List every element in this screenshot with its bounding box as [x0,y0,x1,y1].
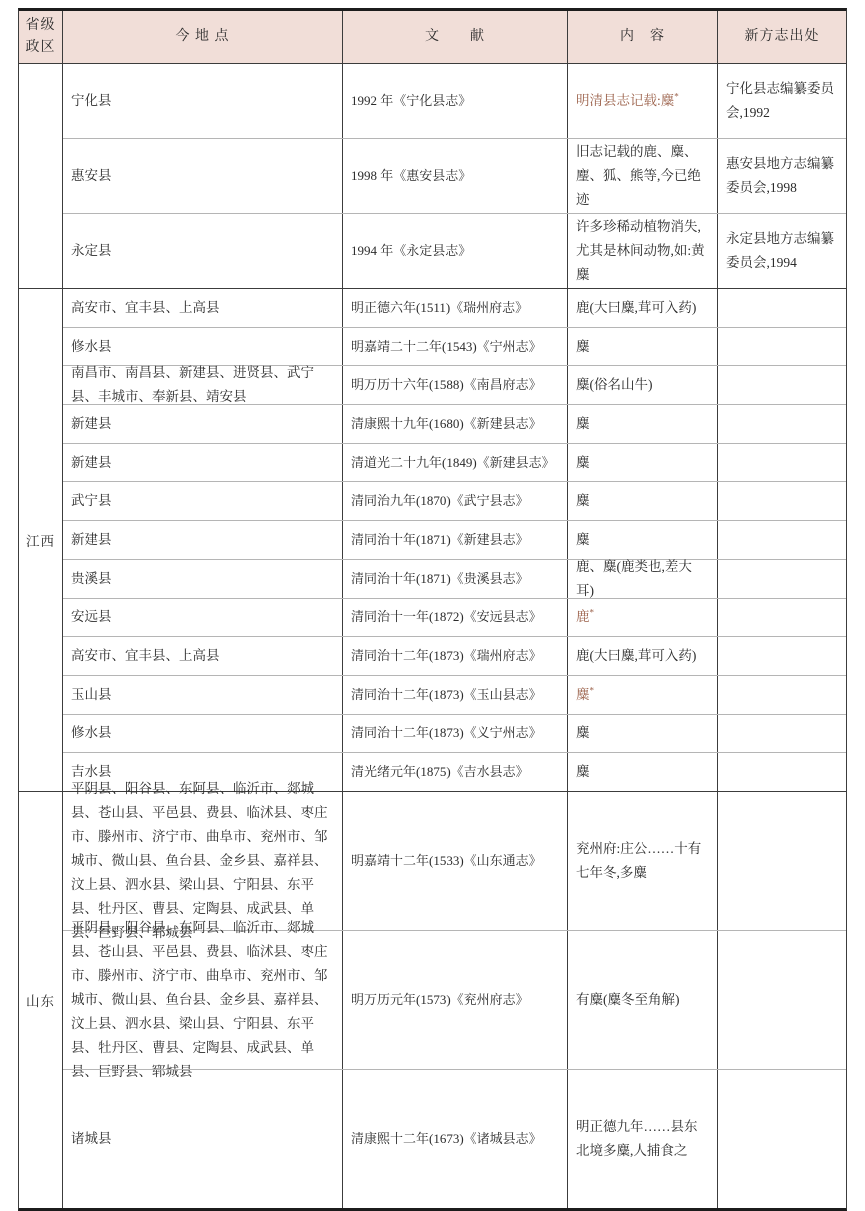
table-row: 玉山县 清同治十二年(1873)《玉山县志》 麋* [63,675,846,714]
source-cell: 明万历十六年(1588)《南昌府志》 [343,366,568,404]
content-text: 有麋(麋冬至角解) [576,988,680,1012]
table-row: 武宁县 清同治九年(1870)《武宁县志》 麋 [63,481,846,520]
source-text: 1998 年《惠安县志》 [351,164,471,188]
table-row: 新建县 清同治十年(1871)《新建县志》 麋 [63,520,846,559]
content-text: 麋(俗名山牛) [576,373,653,397]
content-cell: 鹿* [568,599,718,637]
location-cell: 安远县 [63,599,343,637]
content-cell: 麋(俗名山牛) [568,366,718,404]
table-row: 修水县 明嘉靖二十二年(1543)《宁州志》 麋 [63,327,846,366]
citation-cell [718,289,846,327]
content-cell: 麋 [568,521,718,559]
header-location: 今 地 点 [63,11,343,63]
citation-cell [718,328,846,366]
location-cell: 高安市、宜丰县、上高县 [63,289,343,327]
source-text: 清光绪元年(1875)《吉水县志》 [351,760,529,784]
content-cell: 明清县志记载:麋* [568,64,718,138]
citation-cell [718,1070,846,1208]
source-text: 清道光二十九年(1849)《新建县志》 [351,451,555,475]
table-row: 南昌市、南昌县、新建县、进贤县、武宁县、丰城市、奉新县、靖安县 明万历十六年(1… [63,365,846,404]
content-text: 麋* [576,683,594,707]
content-text: 麋 [576,412,590,436]
content-text: 麋 [576,721,590,745]
location-text: 高安市、宜丰县、上高县 [71,296,220,320]
content-text: 麋 [576,528,590,552]
source-text: 1992 年《宁化县志》 [351,89,471,113]
location-cell: 修水县 [63,328,343,366]
location-cell: 新建县 [63,405,343,443]
location-text: 南昌市、南昌县、新建县、进贤县、武宁县、丰城市、奉新县、靖安县 [71,361,334,409]
location-cell: 武宁县 [63,482,343,520]
citation-cell [718,444,846,482]
table-row: 平阴县、阳谷县、东阿县、临沂市、郯城县、苍山县、平邑县、费县、临沭县、枣庄市、滕… [63,930,846,1069]
content-text: 麋 [576,489,590,513]
source-cell: 清同治十二年(1873)《玉山县志》 [343,676,568,714]
content-text: 麋 [576,760,590,784]
header-province: 省级政区 [19,11,63,63]
location-cell: 贵溪县 [63,560,343,598]
source-text: 明嘉靖二十二年(1543)《宁州志》 [351,335,542,359]
province-section: 江西 高安市、宜丰县、上高县 明正德六年(1511)《瑞州府志》 鹿(大曰麋,茸… [19,288,846,791]
source-cell: 清同治十二年(1873)《瑞州府志》 [343,637,568,675]
source-text: 清同治九年(1870)《武宁县志》 [351,489,529,513]
location-text: 新建县 [71,528,112,552]
content-cell: 有麋(麋冬至角解) [568,931,718,1069]
content-cell: 鹿(大曰麋,茸可入药) [568,289,718,327]
source-text: 清同治十年(1871)《贵溪县志》 [351,567,529,591]
source-text: 清同治十二年(1873)《玉山县志》 [351,683,542,707]
section-rows: 宁化县 1992 年《宁化县志》 明清县志记载:麋* 宁化县志编纂委员会,199… [63,64,846,288]
location-cell: 诸城县 [63,1070,343,1208]
location-cell: 玉山县 [63,676,343,714]
content-text: 鹿(大曰麋,茸可入药) [576,644,696,668]
table-row: 贵溪县 清同治十年(1871)《贵溪县志》 鹿、麋(鹿类也,差大耳) [63,559,846,598]
citation-cell [718,931,846,1069]
citation-text: 宁化县志编纂委员会,1992 [726,77,838,125]
content-text: 旧志记载的鹿、麋、麈、狐、熊等,今已绝迹 [576,140,709,212]
content-cell: 麋 [568,715,718,753]
location-text: 惠安县 [71,164,112,188]
source-cell: 清康熙十二年(1673)《诸城县志》 [343,1070,568,1208]
source-text: 1994 年《永定县志》 [351,239,471,263]
header-source: 文 献 [343,11,568,63]
province-section: 山东 平阴县、阳谷县、东阿县、临沂市、郯城县、苍山县、平邑县、费县、临沭县、枣庄… [19,791,846,1208]
location-cell: 惠安县 [63,139,343,213]
source-cell: 1994 年《永定县志》 [343,214,568,288]
source-cell: 明正德六年(1511)《瑞州府志》 [343,289,568,327]
location-text: 诸城县 [71,1127,112,1151]
location-cell: 宁化县 [63,64,343,138]
citation-cell: 永定县地方志编纂委员会,1994 [718,214,846,288]
content-cell: 鹿(大曰麋,茸可入药) [568,637,718,675]
source-cell: 明嘉靖十二年(1533)《山东通志》 [343,792,568,930]
source-cell: 明万历元年(1573)《兖州府志》 [343,931,568,1069]
header-content: 内 容 [568,11,718,63]
content-text: 麋 [576,335,590,359]
location-text: 修水县 [71,335,112,359]
province-label: 山东 [26,990,55,1010]
table-row: 高安市、宜丰县、上高县 明正德六年(1511)《瑞州府志》 鹿(大曰麋,茸可入药… [63,289,846,327]
location-text: 高安市、宜丰县、上高县 [71,644,220,668]
source-cell: 清同治十一年(1872)《安远县志》 [343,599,568,637]
province-cell: 山东 [19,792,63,1208]
content-text: 鹿(大曰麋,茸可入药) [576,296,696,320]
source-cell: 1998 年《惠安县志》 [343,139,568,213]
citation-cell [718,715,846,753]
location-text: 新建县 [71,451,112,475]
source-text: 明万历十六年(1588)《南昌府志》 [351,373,542,397]
citation-text: 惠安县地方志编纂委员会,1998 [726,152,838,200]
table-row: 惠安县 1998 年《惠安县志》 旧志记载的鹿、麋、麈、狐、熊等,今已绝迹 惠安… [63,138,846,213]
citation-cell [718,482,846,520]
citation-cell [718,637,846,675]
location-text: 永定县 [71,239,112,263]
content-cell: 麋 [568,753,718,791]
location-text: 贵溪县 [71,567,112,591]
table-row: 修水县 清同治十二年(1873)《义宁州志》 麋 [63,714,846,753]
table-row: 诸城县 清康熙十二年(1673)《诸城县志》 明正德九年……县东北境多麋,人捕食… [63,1069,846,1208]
source-text: 清同治十二年(1873)《瑞州府志》 [351,644,542,668]
section-rows: 平阴县、阳谷县、东阿县、临沂市、郯城县、苍山县、平邑县、费县、临沭县、枣庄市、滕… [63,792,846,1208]
content-cell: 麋 [568,328,718,366]
source-text: 清康熙十二年(1673)《诸城县志》 [351,1127,542,1151]
citation-cell: 惠安县地方志编纂委员会,1998 [718,139,846,213]
content-text: 兖州府:庄公……十有七年冬,多麋 [576,837,709,885]
citation-cell [718,599,846,637]
table-row: 安远县 清同治十一年(1872)《安远县志》 鹿* [63,598,846,637]
source-text: 明正德六年(1511)《瑞州府志》 [351,296,528,320]
content-cell: 许多珍稀动植物消失,尤其是林间动物,如:黄麋 [568,214,718,288]
source-cell: 清康熙十九年(1680)《新建县志》 [343,405,568,443]
table-row: 宁化县 1992 年《宁化县志》 明清县志记载:麋* 宁化县志编纂委员会,199… [63,64,846,138]
location-text: 安远县 [71,605,112,629]
citation-cell [718,405,846,443]
citation-cell [718,366,846,404]
location-text: 宁化县 [71,89,112,113]
citation-text: 永定县地方志编纂委员会,1994 [726,227,838,275]
province-label: 江西 [26,530,55,550]
content-text: 明清县志记载:麋* [576,89,679,113]
table-row: 新建县 清康熙十九年(1680)《新建县志》 麋 [63,404,846,443]
source-text: 明嘉靖十二年(1533)《山东通志》 [351,849,542,873]
province-cell [19,64,63,288]
content-cell: 麋 [568,482,718,520]
location-cell: 新建县 [63,521,343,559]
source-cell: 清道光二十九年(1849)《新建县志》 [343,444,568,482]
source-cell: 清同治十二年(1873)《义宁州志》 [343,715,568,753]
content-cell: 鹿、麋(鹿类也,差大耳) [568,560,718,598]
location-cell: 南昌市、南昌县、新建县、进贤县、武宁县、丰城市、奉新县、靖安县 [63,366,343,404]
source-cell: 清同治十年(1871)《新建县志》 [343,521,568,559]
citation-cell [718,676,846,714]
table-row: 永定县 1994 年《永定县志》 许多珍稀动植物消失,尤其是林间动物,如:黄麋 … [63,213,846,288]
content-text: 麋 [576,451,590,475]
citation-cell [718,521,846,559]
content-cell: 明正德九年……县东北境多麋,人捕食之 [568,1070,718,1208]
content-text: 鹿、麋(鹿类也,差大耳) [576,555,709,603]
citation-cell [718,753,846,791]
gazetteer-records-table: 省级政区 今 地 点 文 献 内 容 新方志出处 宁化县 1992 年《宁化县志… [18,8,847,1211]
source-cell: 清同治九年(1870)《武宁县志》 [343,482,568,520]
footnote-marker: * [674,92,679,102]
table-header-row: 省级政区 今 地 点 文 献 内 容 新方志出处 [19,11,846,64]
source-cell: 清同治十年(1871)《贵溪县志》 [343,560,568,598]
content-cell: 兖州府:庄公……十有七年冬,多麋 [568,792,718,930]
header-citation: 新方志出处 [718,11,846,63]
section-rows: 高安市、宜丰县、上高县 明正德六年(1511)《瑞州府志》 鹿(大曰麋,茸可入药… [63,289,846,791]
table-row: 新建县 清道光二十九年(1849)《新建县志》 麋 [63,443,846,482]
location-cell: 高安市、宜丰县、上高县 [63,637,343,675]
location-cell: 平阴县、阳谷县、东阿县、临沂市、郯城县、苍山县、平邑县、费县、临沭县、枣庄市、滕… [63,931,343,1069]
citation-cell: 宁化县志编纂委员会,1992 [718,64,846,138]
province-cell: 江西 [19,289,63,791]
footnote-marker: * [590,685,595,695]
content-cell: 旧志记载的鹿、麋、麈、狐、熊等,今已绝迹 [568,139,718,213]
location-text: 修水县 [71,721,112,745]
table-row: 平阴县、阳谷县、东阿县、临沂市、郯城县、苍山县、平邑县、费县、临沭县、枣庄市、滕… [63,792,846,930]
location-cell: 永定县 [63,214,343,288]
source-text: 清同治十年(1871)《新建县志》 [351,528,529,552]
content-text: 鹿* [576,605,594,629]
source-text: 清同治十二年(1873)《义宁州志》 [351,721,542,745]
content-cell: 麋* [568,676,718,714]
footnote-marker: * [590,608,595,618]
location-cell: 修水县 [63,715,343,753]
location-cell: 新建县 [63,444,343,482]
province-section: 宁化县 1992 年《宁化县志》 明清县志记载:麋* 宁化县志编纂委员会,199… [19,64,846,288]
table-body: 宁化县 1992 年《宁化县志》 明清县志记载:麋* 宁化县志编纂委员会,199… [19,64,846,1208]
content-text: 许多珍稀动植物消失,尤其是林间动物,如:黄麋 [576,215,709,287]
location-text: 平阴县、阳谷县、东阿县、临沂市、郯城县、苍山县、平邑县、费县、临沭县、枣庄市、滕… [71,916,334,1084]
citation-cell [718,792,846,930]
location-text: 新建县 [71,412,112,436]
table-row: 高安市、宜丰县、上高县 清同治十二年(1873)《瑞州府志》 鹿(大曰麋,茸可入… [63,636,846,675]
content-text: 明正德九年……县东北境多麋,人捕食之 [576,1115,709,1163]
source-text: 清同治十一年(1872)《安远县志》 [351,605,542,629]
source-cell: 清光绪元年(1875)《吉水县志》 [343,753,568,791]
source-text: 明万历元年(1573)《兖州府志》 [351,988,529,1012]
source-cell: 明嘉靖二十二年(1543)《宁州志》 [343,328,568,366]
location-text: 玉山县 [71,683,112,707]
location-text: 武宁县 [71,489,112,513]
citation-cell [718,560,846,598]
source-text: 清康熙十九年(1680)《新建县志》 [351,412,542,436]
content-cell: 麋 [568,405,718,443]
source-cell: 1992 年《宁化县志》 [343,64,568,138]
location-cell: 平阴县、阳谷县、东阿县、临沂市、郯城县、苍山县、平邑县、费县、临沭县、枣庄市、滕… [63,792,343,930]
content-cell: 麋 [568,444,718,482]
